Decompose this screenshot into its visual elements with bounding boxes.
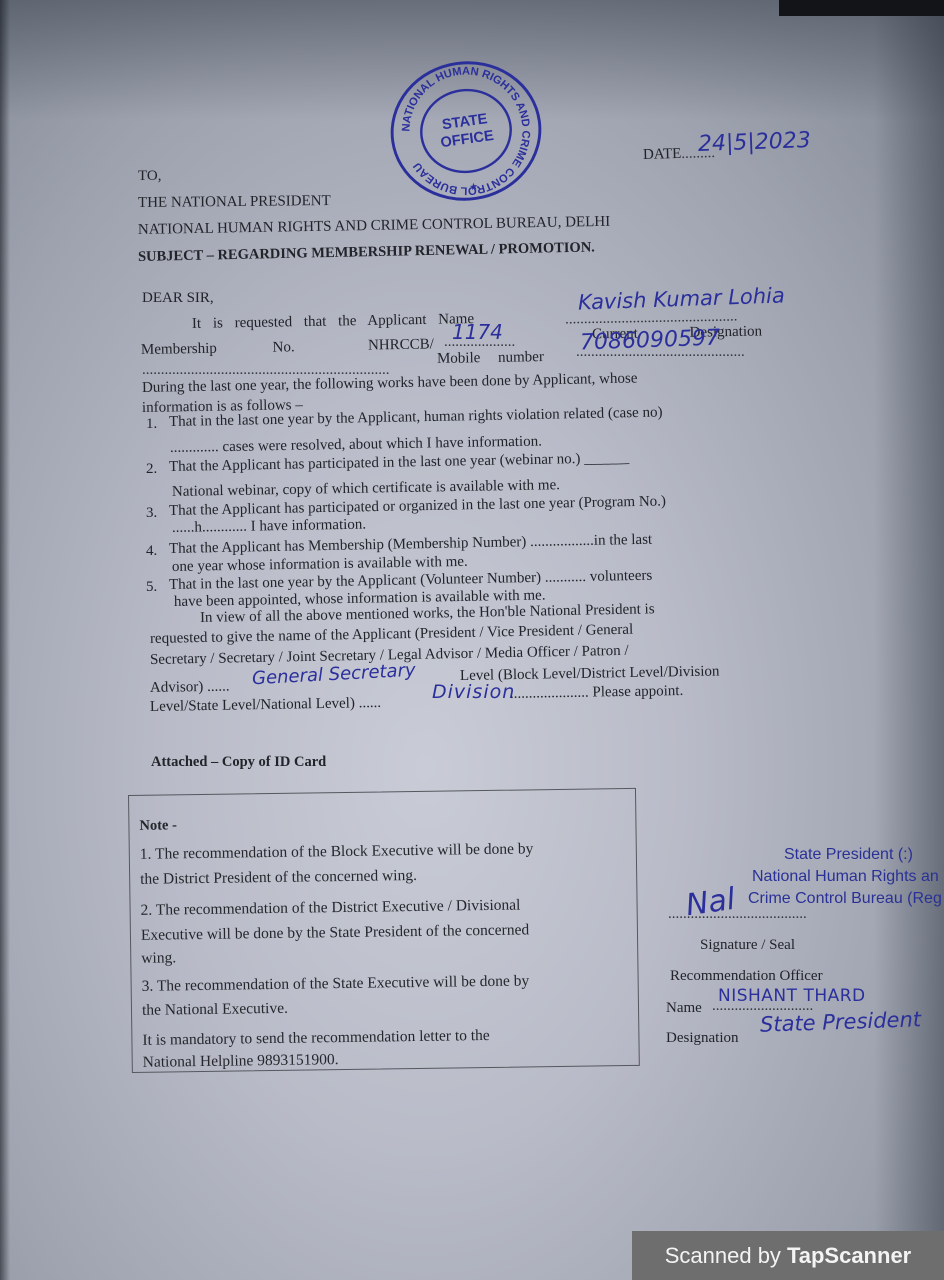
request-line-5-suffix: ..................... Please appoint.	[510, 683, 684, 703]
state-office-stamp: NATIONAL HUMAN RIGHTS AND CRIME CONTROL …	[379, 48, 554, 214]
note-line-6: 3. The recommendation of the State Execu…	[142, 972, 530, 995]
membership-label: Membership No.	[141, 339, 295, 359]
membership-prefix: NHRCCB/	[368, 336, 434, 354]
applicant-prefix: It is requested that the Applicant Name	[192, 311, 474, 333]
svg-text:★: ★	[469, 181, 479, 193]
date-label: DATE	[643, 146, 682, 163]
note-line-7: the National Executive.	[142, 1000, 288, 1020]
note-line-1: 1. The recommendation of the Block Execu…	[140, 840, 534, 863]
note-title: Note -	[139, 817, 177, 835]
officer-label: Recommendation Officer	[670, 968, 823, 985]
shadow-left	[0, 0, 10, 1280]
attachment-note: Attached – Copy of ID Card	[151, 754, 326, 771]
applicant-name-value: Kavish Kumar Lohia	[578, 283, 786, 314]
request-line-4-prefix: Advisor) ......	[150, 679, 230, 697]
item-number: 2.	[146, 461, 157, 478]
item-number: 1.	[146, 416, 157, 433]
officer-name-value: NISHANT THARD	[718, 986, 866, 1006]
signature-dots: .....................................	[668, 906, 807, 923]
tapscanner-watermark: Scanned by TapScanner	[632, 1231, 944, 1280]
note-box: Note - 1. The recommendation of the Bloc…	[128, 788, 640, 1073]
watermark-brand: TapScanner	[787, 1243, 911, 1269]
date-value: 24|5|2023	[698, 128, 812, 157]
scanned-page: NATIONAL HUMAN RIGHTS AND CRIME CONTROL …	[0, 0, 944, 1280]
shadow-right	[874, 0, 944, 1280]
item-line-2: ......h............ I have information.	[172, 517, 366, 537]
item-number: 4.	[146, 543, 157, 560]
note-line-4: Executive will be done by the State Pres…	[141, 921, 529, 944]
officer-designation-label: Designation	[666, 1030, 739, 1047]
note-line-2: the District President of the concerned …	[140, 867, 417, 889]
membership-no-value: 1174	[452, 320, 503, 344]
item-number: 5.	[146, 579, 157, 596]
note-line-3: 2. The recommendation of the District Ex…	[140, 897, 520, 920]
officer-name-label: Name	[666, 1000, 702, 1017]
signature-label: Signature / Seal	[700, 937, 795, 954]
seal-line-1: State President (:)	[784, 846, 913, 864]
note-line-5: wing.	[141, 949, 176, 967]
recipient-org: NATIONAL HUMAN RIGHTS AND CRIME CONTROL …	[138, 214, 610, 239]
watermark-prefix: Scanned by	[665, 1243, 781, 1269]
seal-line-2: National Human Rights an	[752, 868, 939, 886]
request-line-5-prefix: Level/State Level/National Level) ......	[150, 695, 381, 716]
background-corner	[779, 0, 944, 16]
note-line-9: National Helpline 9893151900.	[143, 1051, 339, 1072]
salutation: DEAR SIR,	[142, 290, 214, 307]
mobile-value: 7086090597	[580, 326, 721, 356]
item-number: 3.	[146, 505, 157, 522]
recipient-title: THE NATIONAL PRESIDENT	[138, 193, 331, 212]
mobile-label: Mobile number	[437, 349, 544, 368]
requested-level-value: Division	[432, 681, 515, 703]
note-line-8: It is mandatory to send the recommendati…	[142, 1027, 490, 1050]
to-label: TO,	[138, 168, 161, 185]
subject-line: SUBJECT – REGARDING MEMBERSHIP RENEWAL /…	[138, 239, 595, 266]
